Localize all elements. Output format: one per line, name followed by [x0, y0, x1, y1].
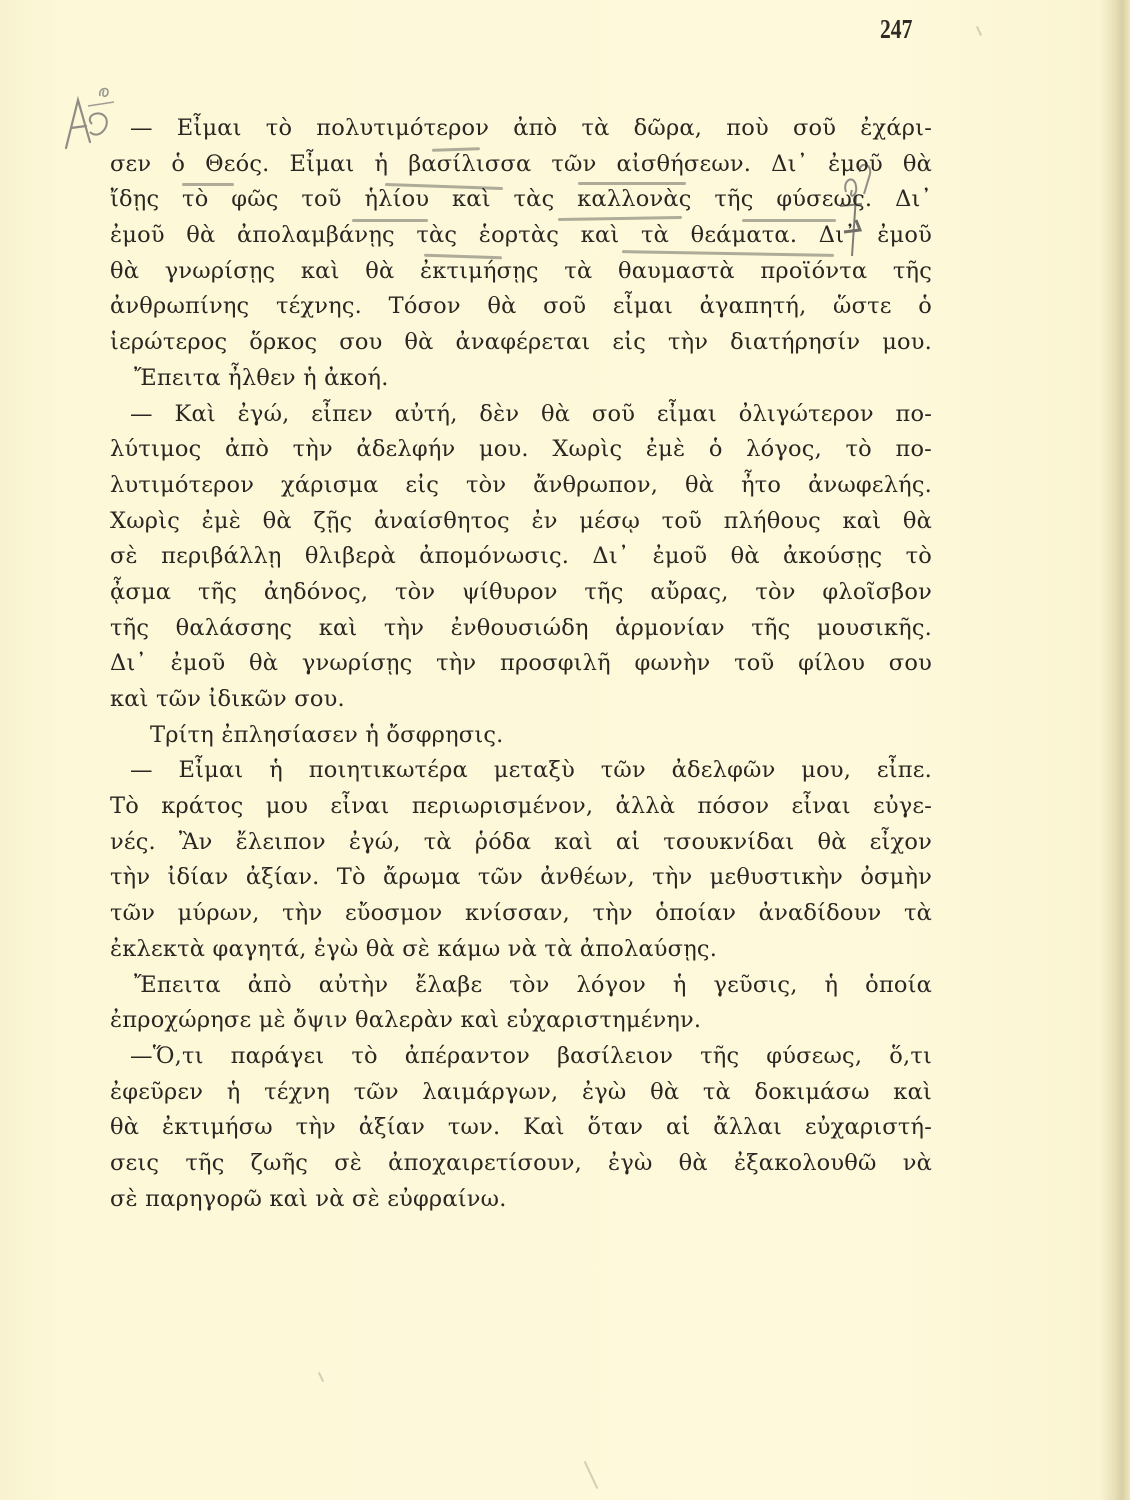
book-page: 247 — Εἶμαι τὸ πολυτιμότερον ἀπὸ τὰ δῶρα… [0, 0, 1130, 1500]
text-line: Χωρὶς ἐμὲ θὰ ζῇς ἀναίσθητος ἐν μέσῳ τοῦ … [110, 504, 932, 540]
text-line: σεν ὁ Θεός. Εἶμαι ἡ βασίλισσα τῶν αἰσθήσ… [110, 147, 932, 183]
text-line: ἐπροχώρησε μὲ ὄψιν θαλερὰν καὶ εὐχαριστη… [110, 1003, 932, 1039]
body-text: — Εἶμαι τὸ πολυτιμότερον ἀπὸ τὰ δῶρα, πο… [110, 111, 932, 1217]
text-line: λύτιμος ἀπὸ τὴν ἀδελφήν μου. Χωρὶς ἐμὲ ὁ… [110, 432, 932, 468]
text-line: σὲ περιβάλλῃ θλιβερὰ ἀπομόνωσις. Δι᾽ ἐμο… [110, 539, 932, 575]
text-line: σεις τῆς ζωῆς σὲ ἀποχαιρετίσουν, ἐγὼ θὰ … [110, 1146, 932, 1182]
text-line: Ἔπειτα ἀπὸ αὐτὴν ἔλαβε τὸν λόγον ἡ γεῦσι… [110, 968, 932, 1004]
text-line: — Εἶμαι ἡ ποιητικωτέρα μεταξὺ τῶν ἀδελφῶ… [110, 753, 932, 789]
text-line: ἐφεῦρεν ἡ τέχνη τῶν λαιμάργων, ἐγὼ θὰ τὰ… [110, 1075, 932, 1111]
text-line: ἱερώτερος ὅρκος σου θὰ ἀναφέρεται εἰς τὴ… [110, 325, 932, 361]
text-line: τῶν μύρων, τὴν εὔοσμον κνίσσαν, τὴν ὁποί… [110, 896, 932, 932]
text-line: Δι᾽ ἐμοῦ θὰ γνωρίσῃς τὴν προσφιλῆ φωνὴν … [110, 646, 932, 682]
text-line: λυτιμότερον χάρισμα εἰς τὸν ἄνθρωπον, θὰ… [110, 468, 932, 504]
text-line: ἐκλεκτὰ φαγητά, ἐγὼ θὰ σὲ κάμω νὰ τὰ ἀπο… [110, 932, 932, 968]
text-line: ᾆσμα τῆς ἀηδόνος, τὸν ψίθυρον τῆς αὔρας,… [110, 575, 932, 611]
text-line: καὶ τῶν ἰδικῶν σου. [110, 682, 932, 718]
text-line: Τὸ κράτος μου εἶναι περιωρισμένον, ἀλλὰ … [110, 789, 932, 825]
text-line: θὰ ἐκτιμήσω τὴν ἀξίαν των. Καὶ ὅταν αἱ ἄ… [110, 1110, 932, 1146]
text-line: ἀνθρωπίνης τέχνης. Τόσον θὰ σοῦ εἶμαι ἀγ… [110, 289, 932, 325]
text-line: —Ὅ,τι παράγει τὸ ἀπέραντον βασίλειον τῆς… [110, 1039, 932, 1075]
text-line: σὲ παρηγορῶ καὶ νὰ σὲ εὐφραίνω. [110, 1182, 932, 1218]
text-line: Ἔπειτα ἦλθεν ἡ ἀκοή. [110, 361, 932, 397]
text-line: νές. Ἂν ἔλειπον ἐγώ, τὰ ῥόδα καὶ αἱ τσου… [110, 825, 932, 861]
text-line: — Εἶμαι τὸ πολυτιμότερον ἀπὸ τὰ δῶρα, πο… [110, 111, 932, 147]
page-number: 247 [880, 14, 912, 45]
text-line: ἐμοῦ θὰ ἀπολαμβάνῃς τὰς ἑορτὰς καὶ τὰ θε… [110, 218, 932, 254]
text-line: Τρίτη ἐπλησίασεν ἡ ὄσφρησις. [110, 718, 932, 754]
text-line: — Καὶ ἐγώ, εἶπεν αὐτή, δὲν θὰ σοῦ εἶμαι … [110, 397, 932, 433]
text-line: τὴν ἰδίαν ἀξίαν. Τὸ ἄρωμα τῶν ἀνθέων, τὴ… [110, 860, 932, 896]
text-line: τῆς θαλάσσης καὶ τὴν ἐνθουσιώδη ἁρμονίαν… [110, 611, 932, 647]
text-line: θὰ γνωρίσῃς καὶ θὰ ἐκτιμήσῃς τὰ θαυμαστὰ… [110, 254, 932, 290]
text-line: ἴδῃς τὸ φῶς τοῦ ἡλίου καὶ τὰς καλλονὰς τ… [110, 182, 932, 218]
